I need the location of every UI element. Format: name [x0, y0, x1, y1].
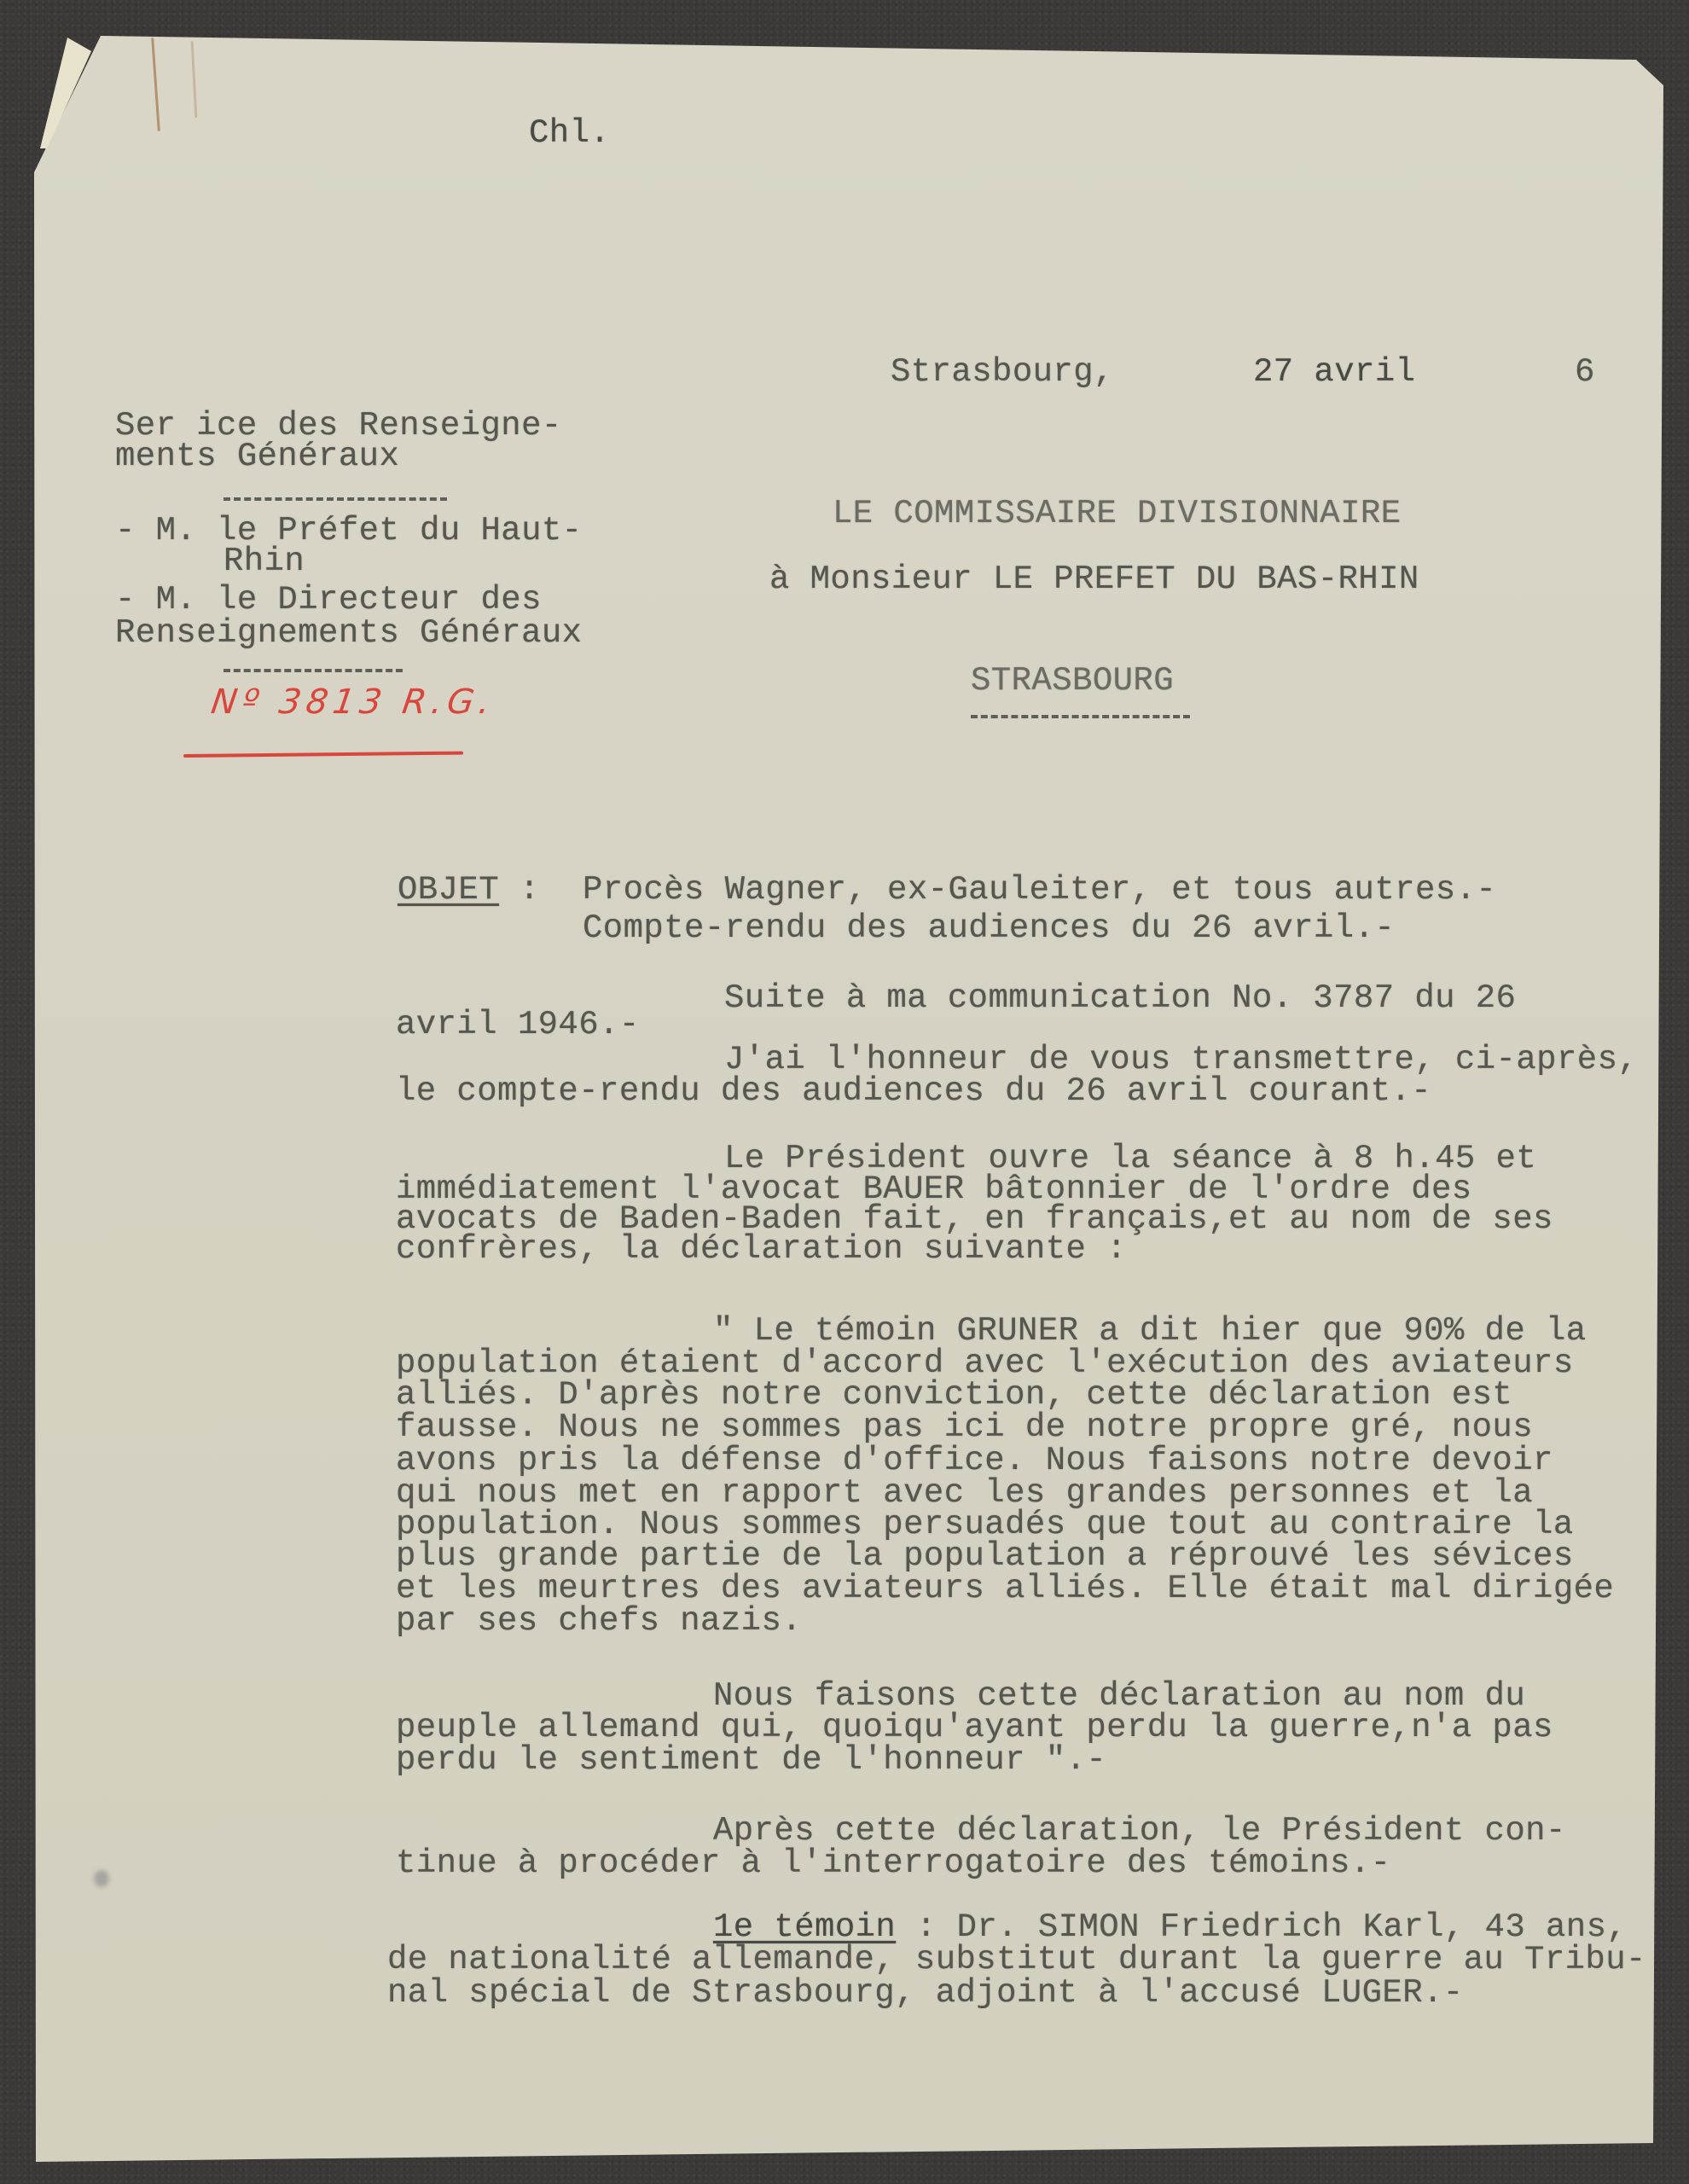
typist-initials: Chl. [529, 118, 610, 148]
quote-line: peuple allemand qui, quoiqu'ayant perdu … [396, 1712, 1553, 1743]
copy-recipient: - M. le Préfet du Haut- [115, 515, 583, 546]
date: 27 avril [1253, 357, 1415, 387]
copy-recipient-cont: Renseignements Généraux [115, 618, 583, 648]
quote-line: et les meurtres des aviateurs alliés. El… [396, 1573, 1614, 1604]
quote-line: qui nous met en rapport avec les grandes… [396, 1478, 1533, 1508]
service-line: ments Généraux [115, 441, 399, 472]
quote-line: Nous faisons cette déclaration au nom du [713, 1681, 1525, 1711]
city-underline [971, 715, 1190, 718]
separator-rule [223, 669, 403, 672]
quote-line: population. Nous sommes persuadés que to… [396, 1509, 1574, 1540]
body-line: Le Président ouvre la séance à 8 h.45 et [724, 1143, 1536, 1174]
copy-recipient-cont: Rhin [223, 546, 305, 577]
subject-label: OBJET : [398, 874, 540, 905]
quote-line: perdu le sentiment de l'honneur ".- [396, 1745, 1106, 1775]
addressee-line: à Monsieur LE PREFET DU BAS-RHIN [769, 564, 1419, 595]
scanned-page: Chl. Strasbourg, 27 avril 6 Ser ice des … [0, 0, 1689, 2184]
quote-line: fausse. Nous ne sommes pas ici de notre … [396, 1412, 1533, 1443]
quote-line: alliés. D'après notre conviction, cette … [396, 1380, 1512, 1410]
ink-smudge [94, 1870, 109, 1887]
body-line: tinue à procéder à l'interrogatoire des … [396, 1848, 1390, 1879]
body-line: avril 1946.- [396, 1009, 640, 1040]
witness-line: de nationalité allemande, substitut dura… [387, 1944, 1646, 1975]
quote-line: par ses chefs nazis. [396, 1606, 802, 1636]
year-digit: 6 [1575, 357, 1595, 387]
quote-line: " Le témoin GRUNER a dit hier que 90% de… [713, 1316, 1587, 1346]
witness-line: nal spécial de Strasbourg, adjoint à l'a… [387, 1978, 1464, 2008]
separator-rule [223, 497, 447, 501]
body-line: confrères, la déclaration suivante : [396, 1234, 1127, 1264]
subject-line: Procès Wagner, ex-Gauleiter, et tous aut… [583, 874, 1496, 905]
witness-first-line: 1e témoin : Dr. SIMON Friedrich Karl, 43… [713, 1912, 1627, 1943]
subject-label-text: OBJET [398, 871, 499, 909]
subject-line: Compte-rendu des audiences du 26 avril.- [583, 913, 1395, 944]
quote-line: avons pris la défense d'office. Nous fai… [396, 1445, 1553, 1476]
addressee-city: STRASBOURG [971, 665, 1174, 696]
handwritten-reference: Nº 3813 R.G. [209, 682, 498, 722]
place: Strasbourg, [891, 357, 1114, 387]
copy-recipient: - M. le Directeur des [115, 584, 542, 615]
body-line: le compte-rendu des audiences du 26 avri… [396, 1076, 1431, 1107]
body-line: Après cette déclaration, le Président co… [713, 1815, 1566, 1846]
quote-line: population étaient d'accord avec l'exécu… [396, 1348, 1574, 1379]
quote-line: plus grande partie de la population a ré… [396, 1541, 1574, 1571]
body-line: J'ai l'honneur de vous transmettre, ci-a… [724, 1044, 1638, 1075]
sender-title: LE COMMISSAIRE DIVISIONNAIRE [833, 498, 1402, 529]
service-line: Ser ice des Renseigne- [115, 410, 562, 441]
body-line: Suite à ma communication No. 3787 du 26 [724, 983, 1516, 1014]
subject-separator: : [499, 871, 540, 909]
